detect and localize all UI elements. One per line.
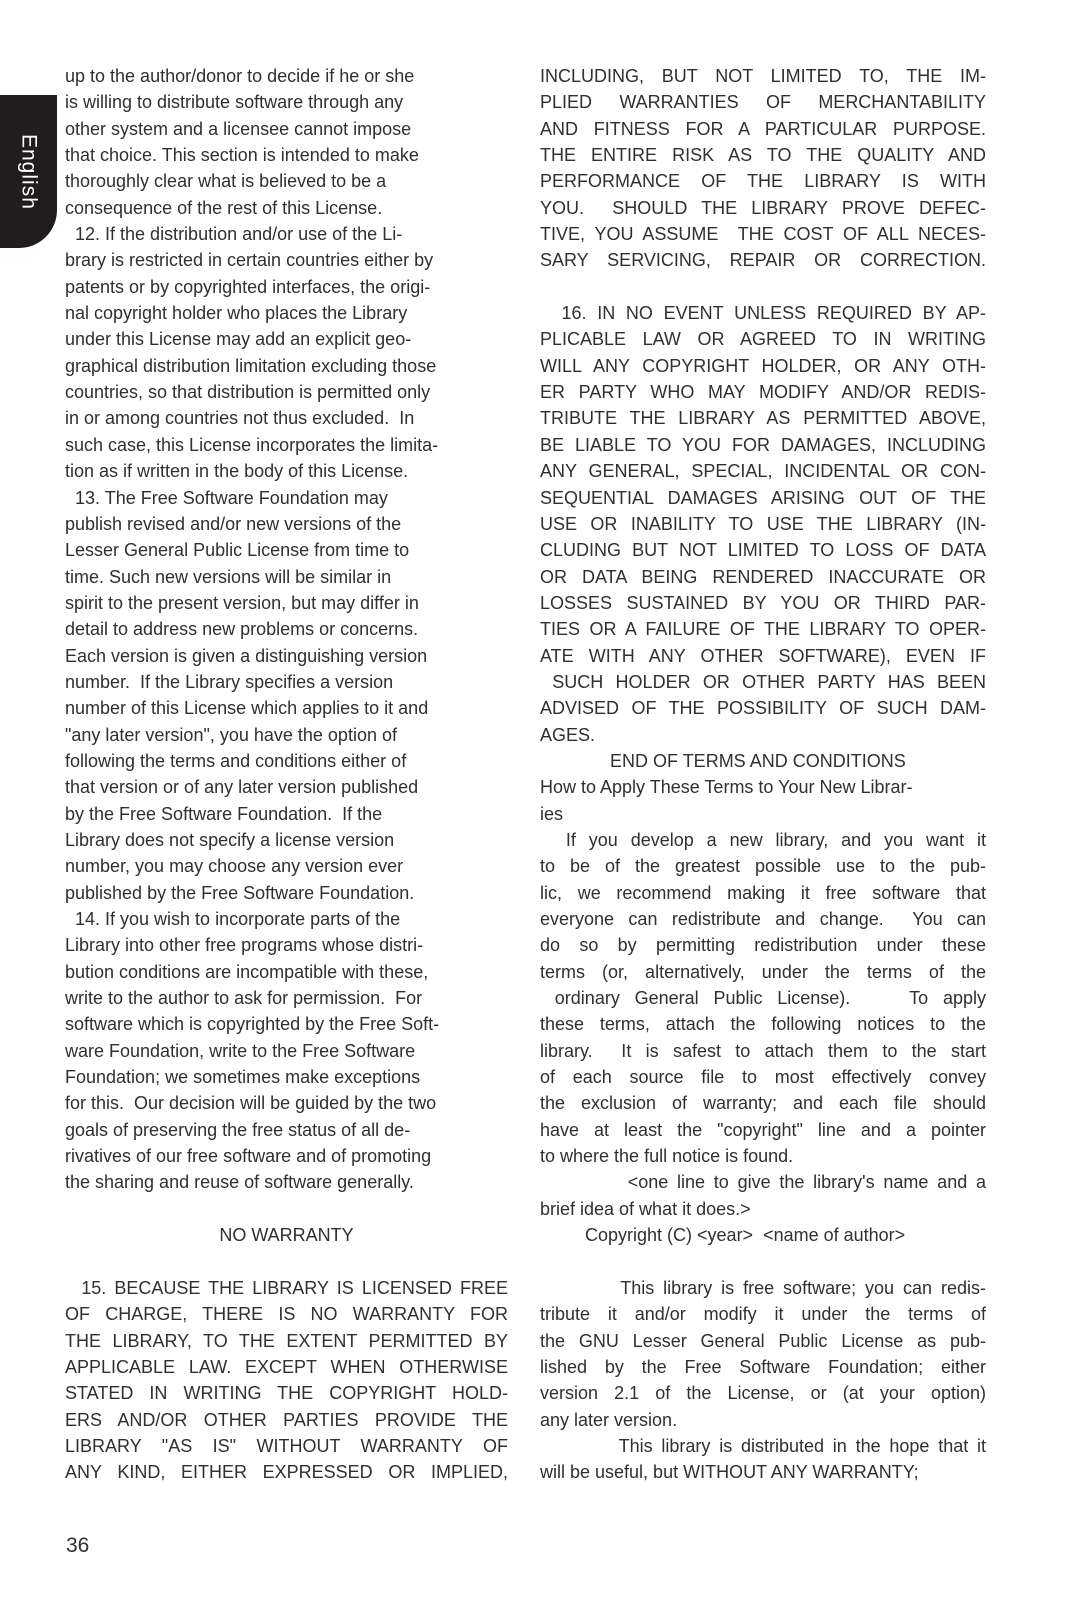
text-line: ANY GENERAL, SPECIAL, INCIDENTAL OR CON- [540, 458, 986, 484]
text-line: SUCH HOLDER OR OTHER PARTY HAS BEEN [540, 669, 986, 695]
text-line: Library into other free programs whose d… [65, 932, 508, 958]
text-line: is willing to distribute software throug… [65, 89, 508, 115]
text-line: ies [540, 801, 986, 827]
text-line: Each version is given a distinguishing v… [65, 643, 508, 669]
text-line: LIBRARY "AS IS" WITHOUT WARRANTY OF [65, 1433, 508, 1459]
text-line: How to Apply These Terms to Your New Lib… [540, 774, 986, 800]
text-line: ANY KIND, EITHER EXPRESSED OR IMPLIED, [65, 1459, 508, 1485]
text-line: detail to address new problems or concer… [65, 616, 508, 642]
text-line: by the Free Software Foundation. If the [65, 801, 508, 827]
language-tab-label: English [17, 134, 41, 210]
text-line: 15. BECAUSE THE LIBRARY IS LICENSED FREE [65, 1275, 508, 1301]
text-line: time. Such new versions will be similar … [65, 564, 508, 590]
text-line: publish revised and/or new versions of t… [65, 511, 508, 537]
text-line: such case, this License incorporates the… [65, 432, 508, 458]
text-line: CLUDING BUT NOT LIMITED TO LOSS OF DATA [540, 537, 986, 563]
text-line: INCLUDING, BUT NOT LIMITED TO, THE IM- [540, 63, 986, 89]
text-line: PERFORMANCE OF THE LIBRARY IS WITH [540, 168, 986, 194]
text-line: lished by the Free Software Foundation; … [540, 1354, 986, 1380]
text-line: BE LIABLE TO YOU FOR DAMAGES, INCLUDING [540, 432, 986, 458]
text-line: ATE WITH ANY OTHER SOFTWARE), EVEN IF [540, 643, 986, 669]
text-line: following the terms and conditions eithe… [65, 748, 508, 774]
text-line: countries, so that distribution is permi… [65, 379, 508, 405]
page-number: 36 [66, 1534, 89, 1558]
text-line: OF CHARGE, THERE IS NO WARRANTY FOR [65, 1301, 508, 1327]
text-line: PLIED WARRANTIES OF MERCHANTABILITY [540, 89, 986, 115]
text-line: LOSSES SUSTAINED BY YOU OR THIRD PAR- [540, 590, 986, 616]
text-line: thoroughly clear what is believed to be … [65, 168, 508, 194]
text-line: library. It is safest to attach them to … [540, 1038, 986, 1064]
text-line: up to the author/donor to decide if he o… [65, 63, 508, 89]
text-line: ER PARTY WHO MAY MODIFY AND/OR REDIS- [540, 379, 986, 405]
text-line: 12. If the distribution and/or use of th… [65, 221, 508, 247]
text-line: tribute it and/or modify it under the te… [540, 1301, 986, 1327]
text-line: any later version. [540, 1407, 986, 1433]
text-line: This library is free software; you can r… [540, 1275, 986, 1301]
text-line: TRIBUTE THE LIBRARY AS PERMITTED ABOVE, [540, 405, 986, 431]
text-line: software which is copyrighted by the Fre… [65, 1011, 508, 1037]
text-line: TIES OR A FAILURE OF THE LIBRARY TO OPER… [540, 616, 986, 642]
text-line: in or among countries not thus excluded.… [65, 405, 508, 431]
blank-line [65, 1196, 508, 1222]
text-line: the exclusion of warranty; and each file… [540, 1090, 986, 1116]
text-line: USE OR INABILITY TO USE THE LIBRARY (IN- [540, 511, 986, 537]
text-line: NO WARRANTY [65, 1222, 508, 1248]
blank-line [65, 1248, 508, 1274]
text-line: number, you may choose any version ever [65, 853, 508, 879]
text-line: patents or by copyrighted interfaces, th… [65, 274, 508, 300]
text-line: to be of the greatest possible use to th… [540, 853, 986, 879]
text-line: OR DATA BEING RENDERED INACCURATE OR [540, 564, 986, 590]
text-line: TIVE, YOU ASSUME THE COST OF ALL NECES- [540, 221, 986, 247]
text-line: YOU. SHOULD THE LIBRARY PROVE DEFEC- [540, 195, 986, 221]
text-line: brary is restricted in certain countries… [65, 247, 508, 273]
language-tab: English [0, 95, 57, 248]
text-line: other system and a licensee cannot impos… [65, 116, 508, 142]
text-line: 16. IN NO EVENT UNLESS REQUIRED BY AP- [540, 300, 986, 326]
text-line: goals of preserving the free status of a… [65, 1117, 508, 1143]
text-line: ware Foundation, write to the Free Softw… [65, 1038, 508, 1064]
text-line: graphical distribution limitation exclud… [65, 353, 508, 379]
text-line: Foundation; we sometimes make exceptions [65, 1064, 508, 1090]
text-line: ERS AND/OR OTHER PARTIES PROVIDE THE [65, 1407, 508, 1433]
text-line: write to the author to ask for permissio… [65, 985, 508, 1011]
text-line: will be useful, but WITHOUT ANY WARRANTY… [540, 1459, 986, 1485]
text-line: do so by permitting redistribution under… [540, 932, 986, 958]
text-line: rivatives of our free software and of pr… [65, 1143, 508, 1169]
right-text-column: INCLUDING, BUT NOT LIMITED TO, THE IM-PL… [540, 63, 986, 1486]
text-line: If you develop a new library, and you wa… [540, 827, 986, 853]
text-line: nal copyright holder who places the Libr… [65, 300, 508, 326]
text-line: that version or of any later version pub… [65, 774, 508, 800]
text-line: bution conditions are incompatible with … [65, 959, 508, 985]
text-line: everyone can redistribute and change. Yo… [540, 906, 986, 932]
text-line: published by the Free Software Foundatio… [65, 880, 508, 906]
text-line: 14. If you wish to incorporate parts of … [65, 906, 508, 932]
text-line: "any later version", you have the option… [65, 722, 508, 748]
text-line: THE LIBRARY, TO THE EXTENT PERMITTED BY [65, 1328, 508, 1354]
text-line: that choice. This section is intended to… [65, 142, 508, 168]
text-line: version 2.1 of the License, or (at your … [540, 1380, 986, 1406]
text-line: of each source file to most effectively … [540, 1064, 986, 1090]
blank-line [540, 1248, 986, 1274]
text-line: ADVISED OF THE POSSIBILITY OF SUCH DAM- [540, 695, 986, 721]
text-line: spirit to the present version, but may d… [65, 590, 508, 616]
text-line: WILL ANY COPYRIGHT HOLDER, OR ANY OTH- [540, 353, 986, 379]
blank-line [540, 274, 986, 300]
text-line: THE ENTIRE RISK AS TO THE QUALITY AND [540, 142, 986, 168]
text-line: AND FITNESS FOR A PARTICULAR PURPOSE. [540, 116, 986, 142]
text-line: tion as if written in the body of this L… [65, 458, 508, 484]
text-line: consequence of the rest of this License. [65, 195, 508, 221]
text-line: brief idea of what it does.> [540, 1196, 986, 1222]
text-line: SARY SERVICING, REPAIR OR CORRECTION. [540, 247, 986, 273]
text-line: <one line to give the library's name and… [540, 1169, 986, 1195]
text-line: terms (or, alternatively, under the term… [540, 959, 986, 985]
text-line: the sharing and reuse of software genera… [65, 1169, 508, 1195]
text-line: APPLICABLE LAW. EXCEPT WHEN OTHERWISE [65, 1354, 508, 1380]
text-line: lic, we recommend making it free softwar… [540, 880, 986, 906]
text-line: ordinary General Public License). To app… [540, 985, 986, 1011]
text-line: Copyright (C) <year> <name of author> [540, 1222, 986, 1248]
document-page: English up to the author/donor to decide… [0, 0, 1080, 1619]
left-text-column: up to the author/donor to decide if he o… [65, 63, 508, 1486]
text-line: number. If the Library specifies a versi… [65, 669, 508, 695]
text-line: Lesser General Public License from time … [65, 537, 508, 563]
text-line: STATED IN WRITING THE COPYRIGHT HOLD- [65, 1380, 508, 1406]
text-line: Library does not specify a license versi… [65, 827, 508, 853]
text-line: the GNU Lesser General Public License as… [540, 1328, 986, 1354]
text-line: number of this License which applies to … [65, 695, 508, 721]
text-line: have at least the "copyright" line and a… [540, 1117, 986, 1143]
text-line: for this. Our decision will be guided by… [65, 1090, 508, 1116]
text-line: This library is distributed in the hope … [540, 1433, 986, 1459]
text-line: PLICABLE LAW OR AGREED TO IN WRITING [540, 326, 986, 352]
text-line: SEQUENTIAL DAMAGES ARISING OUT OF THE [540, 485, 986, 511]
text-line: under this License may add an explicit g… [65, 326, 508, 352]
text-line: 13. The Free Software Foundation may [65, 485, 508, 511]
text-line: END OF TERMS AND CONDITIONS [540, 748, 986, 774]
text-line: these terms, attach the following notice… [540, 1011, 986, 1037]
text-line: AGES. [540, 722, 986, 748]
text-line: to where the full notice is found. [540, 1143, 986, 1169]
